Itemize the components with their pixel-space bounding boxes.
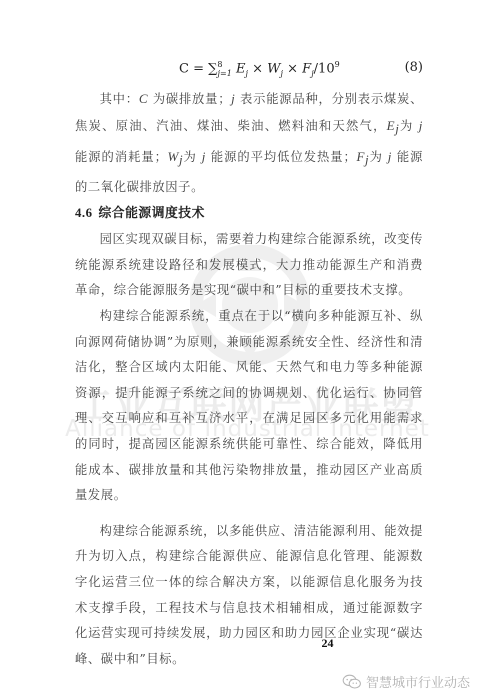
- document-page: 工业互联网产业联盟 Alliance of Industrial Interne…: [0, 0, 495, 700]
- paragraph-2: 构建综合能源系统，重点在于以“横向多种能源互补、纵向源网荷储协调”为原则，兼顾能…: [75, 304, 423, 509]
- source-label: 智慧城市行业动态: [366, 672, 470, 691]
- source-tag: 智慧城市行业动态: [342, 672, 470, 691]
- section-title: 综合能源调度技术: [99, 206, 205, 221]
- paragraph-1: 园区实现双碳目标，需要着力构建综合能源系统，改变传统能源系统建设路径和发展模式，…: [75, 227, 423, 304]
- carbon-emission-formula: C = ∑8j=1 Ej × Wj × Fj/109 (8): [75, 58, 423, 86]
- section-number: 4.6: [75, 206, 93, 220]
- page-content: C = ∑8j=1 Ej × Wj × Fj/109 (8) 其中：C 为碳排放…: [75, 58, 423, 672]
- paragraph-3: 构建综合能源系统，以多能供应、清洁能源利用、能效提升为切入点，构建综合能源供应、…: [75, 519, 423, 673]
- formula-explanation: 其中：C 为碳排放量；j 表示能源品种，分别表示煤炭、焦炭、原油、汽油、煤油、柴…: [75, 86, 423, 200]
- wechat-icon: [342, 674, 362, 690]
- section-heading: 4.6综合能源调度技术: [75, 200, 423, 227]
- formula-expression: C = ∑8j=1 Ej × Wj × Fj/109: [179, 60, 340, 78]
- equation-number: (8): [405, 60, 423, 75]
